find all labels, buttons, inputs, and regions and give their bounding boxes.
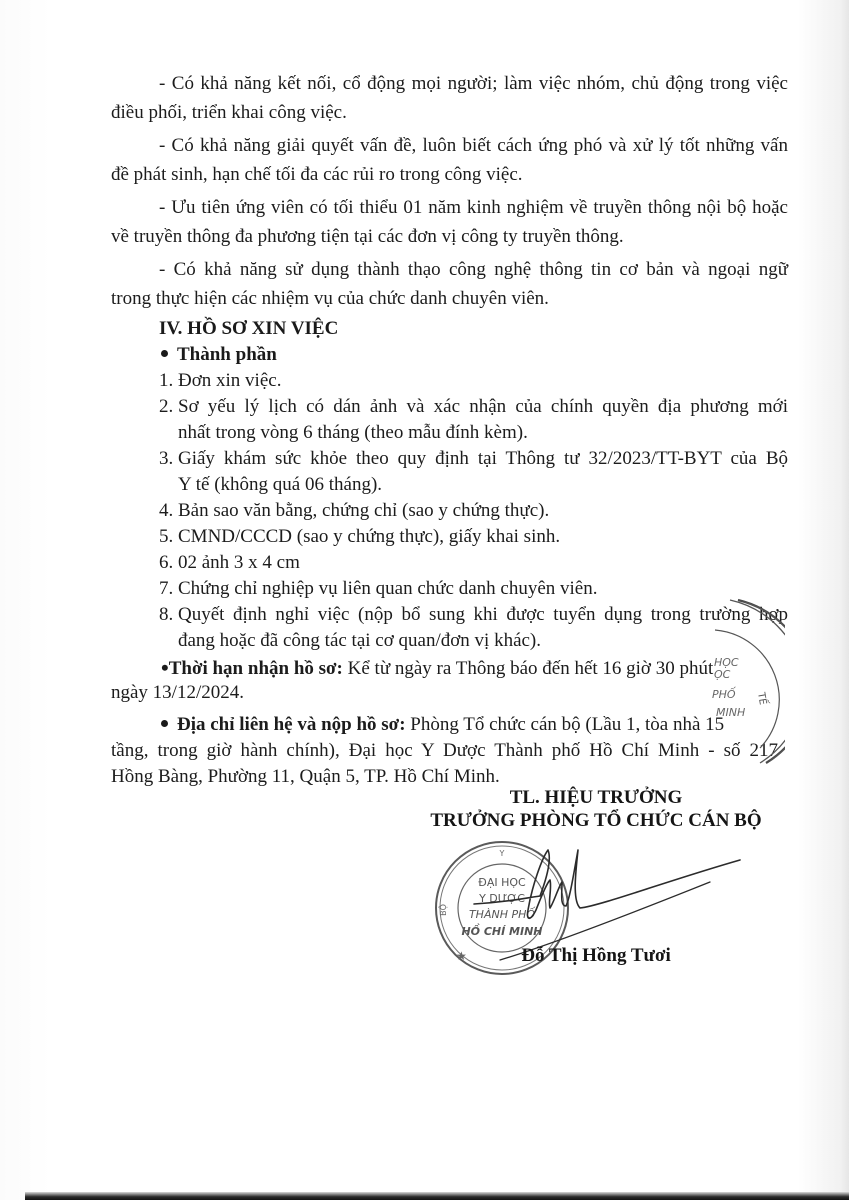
list-number: 3.: [159, 446, 178, 471]
contact-text: Phòng Tổ chức cán bộ (Lầu 1, tòa nhà 15: [406, 714, 725, 735]
bullet-icon: [161, 720, 168, 727]
list-item-3: 3. Giấy khám sức khỏe theo quy định tại …: [159, 446, 788, 471]
bullet-icon: [161, 350, 168, 357]
list-number: 6.: [159, 550, 173, 575]
requirement-2-line-1: - Có khả năng giải quyết vấn đề, luôn bi…: [159, 133, 788, 158]
contact-line: Địa chỉ liên hệ và nộp hồ sơ: Phòng Tổ c…: [161, 712, 724, 737]
svg-text:ỌC: ỌC: [714, 668, 731, 681]
list-item-text: Bản sao văn bằng, chứng chỉ (sao y chứng…: [178, 500, 549, 521]
partial-stamp: HỌC ỌC PHỐ MINH TẾ: [690, 598, 785, 773]
contact-continuation-1: tầng, trong giờ hành chính), Đại học Y D…: [111, 738, 778, 763]
list-number: 7.: [159, 576, 173, 601]
requirement-4-line-1: - Có khả năng sử dụng thành thạo công ng…: [159, 257, 788, 282]
list-number: 1.: [159, 368, 173, 393]
list-number: 5.: [159, 524, 173, 549]
components-heading: Thành phần: [161, 344, 277, 366]
list-item-5: 5. CMND/CCCD (sao y chứng thực), giấy kh…: [159, 524, 560, 549]
contact-label: Địa chỉ liên hệ và nộp hồ sơ:: [177, 714, 406, 735]
scan-edge-artifact: [25, 1192, 849, 1200]
list-item-3-continuation: Y tế (không quá 06 tháng).: [178, 472, 382, 497]
list-item-6: 6. 02 ảnh 3 x 4 cm: [159, 550, 300, 575]
bullet-icon: •: [161, 655, 169, 680]
list-item-text: Giấy khám sức khỏe theo quy định tại Thô…: [178, 446, 788, 471]
components-label: Thành phần: [177, 344, 277, 365]
requirement-3-line-1: - Ưu tiên ứng viên có tối thiểu 01 năm k…: [159, 195, 788, 220]
list-number: 4.: [159, 498, 173, 523]
list-item-2-continuation: nhất trong vòng 6 tháng (theo mẫu đính k…: [178, 420, 528, 445]
contact-continuation-2: Hồng Bàng, Phường 11, Quận 5, TP. Hồ Chí…: [111, 764, 500, 789]
svg-text:TẾ: TẾ: [755, 690, 771, 706]
deadline-text: Kể từ ngày ra Thông báo đến hết 16 giờ 3…: [343, 658, 713, 679]
svg-text:BỘ: BỘ: [437, 904, 448, 916]
deadline-label: Thời hạn nhận hồ sơ:: [169, 658, 343, 679]
section-iv-heading: IV. HỒ SƠ XIN VIỆC: [159, 318, 338, 340]
requirement-1-line-2: điều phối, triển khai công việc.: [111, 100, 347, 125]
list-number: 2.: [159, 394, 178, 419]
signature-title-2: TRƯỞNG PHÒNG TỔ CHỨC CÁN BỘ: [406, 810, 786, 832]
requirement-1-line-1: - Có khả năng kết nối, cổ động mọi người…: [159, 71, 788, 96]
signer-name: Đỗ Thị Hồng Tươi: [406, 945, 786, 967]
list-item-text: CMND/CCCD (sao y chứng thực), giấy khai …: [178, 526, 560, 547]
requirement-4-line-2: trong thực hiện các nhiệm vụ của chức da…: [111, 286, 549, 311]
svg-text:MINH: MINH: [716, 706, 745, 719]
list-item-1: 1. Đơn xin việc.: [159, 368, 281, 393]
document-page: - Có khả năng kết nối, cổ động mọi người…: [0, 0, 849, 1200]
list-item-4: 4. Bản sao văn bằng, chứng chỉ (sao y ch…: [159, 498, 549, 523]
deadline-continuation: ngày 13/12/2024.: [111, 680, 244, 705]
svg-text:PHỐ: PHỐ: [712, 687, 737, 701]
requirement-2-line-2: đề phát sinh, hạn chế tối đa các rủi ro …: [111, 162, 523, 187]
list-item-text: Đơn xin việc.: [178, 370, 281, 391]
list-item-text: Chứng chỉ nghiệp vụ liên quan chức danh …: [178, 578, 598, 599]
list-item-text: 02 ảnh 3 x 4 cm: [178, 552, 300, 573]
list-item-8-continuation: đang hoặc đã công tác tại cơ quan/đơn vị…: [178, 628, 541, 653]
signature-title-1: TL. HIỆU TRƯỞNG: [406, 787, 786, 809]
list-item-text: Sơ yếu lý lịch có dán ảnh và xác nhận củ…: [178, 394, 788, 419]
requirement-3-line-2: về truyền thông đa phương tiện tại các đ…: [111, 224, 624, 249]
list-item-7: 7. Chứng chỉ nghiệp vụ liên quan chức da…: [159, 576, 598, 601]
list-item-2: 2. Sơ yếu lý lịch có dán ảnh và xác nhận…: [159, 394, 788, 419]
list-number: 8.: [159, 602, 178, 627]
